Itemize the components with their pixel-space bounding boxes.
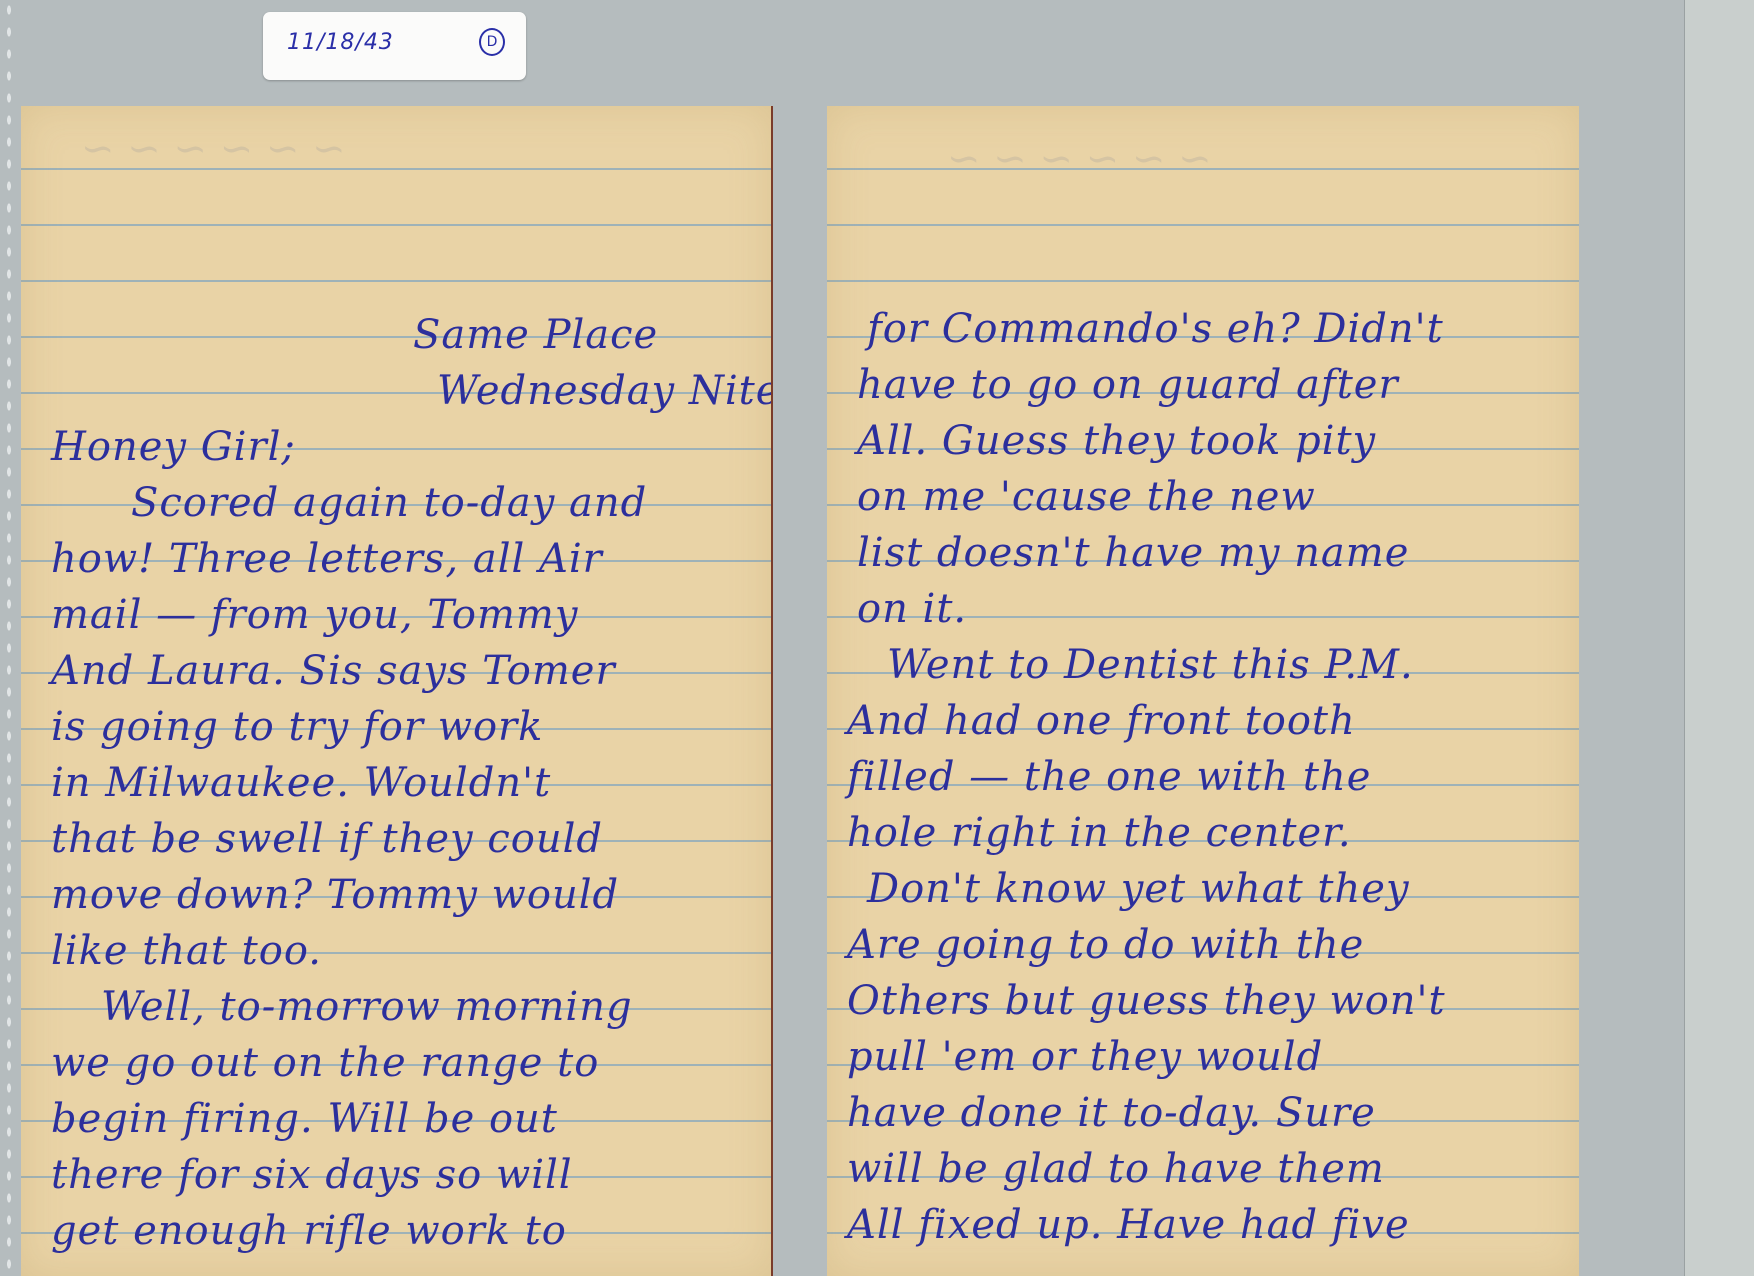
label-date: 11/18/43 [287, 30, 394, 55]
letter-line: we go out on the range to [51, 1040, 599, 1086]
letter-line: will be glad to have them [847, 1146, 1385, 1192]
sleeve-edge [1684, 0, 1754, 1276]
heading-place: Same Place [413, 312, 658, 358]
letter-line: Others but guess they won't [847, 978, 1446, 1024]
salutation: Honey Girl; [51, 424, 296, 470]
letter-line: move down? Tommy would [51, 872, 619, 918]
letter-line: All. Guess they took pity [857, 418, 1376, 464]
letter-page-left: ~ ~ ~ ~ ~ ~ Same Place Wednesday Nite. H… [21, 106, 773, 1276]
letter-line: on me 'cause the new [857, 474, 1316, 520]
heading-time: Wednesday Nite. [437, 368, 773, 414]
bleed-through-text: ~ ~ ~ ~ ~ ~ [81, 126, 346, 172]
letter-line: there for six days so will [51, 1152, 573, 1198]
letter-line: All fixed up. Have had five [847, 1202, 1410, 1248]
letter-line: Well, to-morrow morning [101, 984, 633, 1030]
letter-line: on it. [857, 586, 967, 632]
label-letter-circle: D [479, 28, 505, 56]
letter-line: begin firing. Will be out [51, 1096, 558, 1142]
letter-line: pull 'em or they would [847, 1034, 1323, 1080]
letter-line: is going to try for work [51, 704, 543, 750]
letter-line: that be swell if they could [51, 816, 603, 862]
letter-line: list doesn't have my name [857, 530, 1409, 576]
archive-label: 11/18/43 D [263, 12, 526, 80]
letter-page-right: ~ ~ ~ ~ ~ ~ for Commando's eh? Didn't ha… [827, 106, 1579, 1276]
letter-line: Scored again to-day and [131, 480, 647, 526]
letter-line: for Commando's eh? Didn't [867, 306, 1444, 352]
letter-line: have to go on guard after [857, 362, 1399, 408]
binder-holes [4, 0, 14, 1276]
letter-line: how! Three letters, all Air [51, 536, 603, 582]
letter-line: Don't know yet what they [867, 866, 1410, 912]
letter-line: Are going to do with the [847, 922, 1364, 968]
letter-line: mail — from you, Tommy [51, 592, 578, 638]
bleed-through-text: ~ ~ ~ ~ ~ ~ [947, 136, 1212, 182]
letter-line: have done it to-day. Sure [847, 1090, 1376, 1136]
letter-line: And Laura. Sis says Tomer [51, 648, 616, 694]
letter-line: filled — the one with the [847, 754, 1371, 800]
letter-line: And had one front tooth [847, 698, 1356, 744]
letter-line: like that too. [51, 928, 322, 974]
letter-line: get enough rifle work to [51, 1208, 567, 1254]
letter-line: in Milwaukee. Wouldn't [51, 760, 551, 806]
letter-line: Went to Dentist this P.M. [887, 642, 1414, 688]
letter-line: hole right in the center. [847, 810, 1352, 856]
